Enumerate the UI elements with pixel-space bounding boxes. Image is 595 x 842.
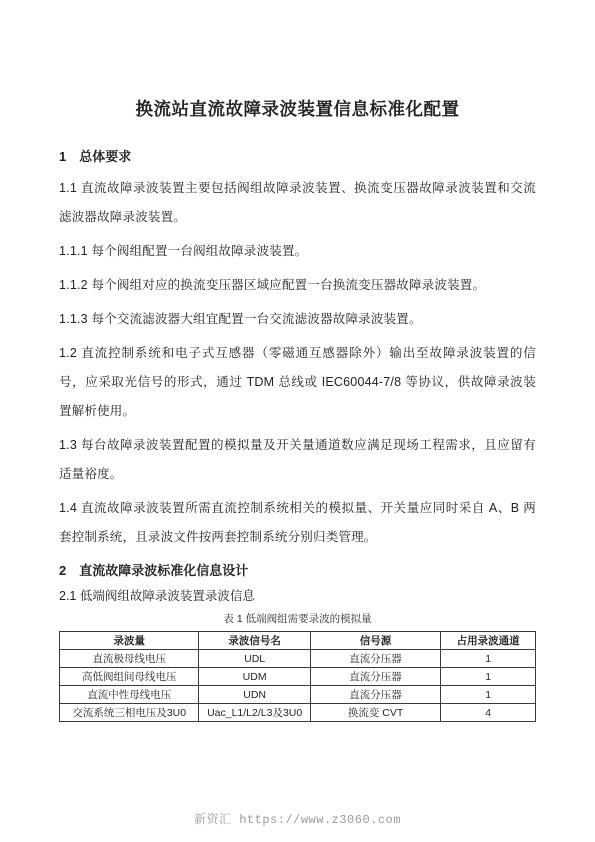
- cell-channels: 1: [441, 686, 536, 704]
- cell-signal-name: UDN: [199, 686, 310, 704]
- section-1-number: 1: [59, 148, 66, 166]
- cell-channels: 1: [441, 650, 536, 668]
- subsection-2-1-heading: 2.1 低端阀组故障录波装置录波信息: [59, 586, 536, 606]
- table-row: 直流中性母线电压 UDN 直流分压器 1: [60, 686, 536, 704]
- paragraph-1-1-2: 1.1.2 每个阀组对应的换流变压器区域应配置一台换流变压器故障录波装置。: [59, 271, 536, 300]
- section-2-label: 直流故障录波标准化信息设计: [79, 562, 248, 580]
- cell-signal-source: 直流分压器: [310, 668, 440, 686]
- table-1: 录波量 录波信号名 信号源 占用录波通道 直流极母线电压 UDL 直流分压器 1…: [59, 631, 536, 722]
- cell-quantity: 直流中性母线电压: [60, 686, 199, 704]
- cell-signal-name: UDM: [199, 668, 310, 686]
- cell-signal-source: 直流分压器: [310, 650, 440, 668]
- cell-quantity: 高低阀组间母线电压: [60, 668, 199, 686]
- footer-watermark: 新资汇 https://www.z3060.com: [0, 810, 595, 827]
- section-2-heading: 2直流故障录波标准化信息设计: [59, 562, 536, 580]
- paragraph-1-3: 1.3 每台故障录波装置配置的模拟量及开关量通道数应满足现场工程需求，且应留有适…: [59, 431, 536, 489]
- table-header-row: 录波量 录波信号名 信号源 占用录波通道: [60, 632, 536, 650]
- paragraph-1-1-1: 1.1.1 每个阀组配置一台阀组故障录波装置。: [59, 237, 536, 266]
- col-header-signal-name: 录波信号名: [199, 632, 310, 650]
- section-2-number: 2: [59, 562, 66, 580]
- paragraph-1-4: 1.4 直流故障录波装置所需直流控制系统相关的模拟量、开关量应同时采自 A、B …: [59, 494, 536, 552]
- cell-quantity: 直流极母线电压: [60, 650, 199, 668]
- cell-channels: 1: [441, 668, 536, 686]
- document-page: 换流站直流故障录波装置信息标准化配置 1总体要求 1.1 直流故障录波装置主要包…: [0, 0, 595, 842]
- document-title: 换流站直流故障录波装置信息标准化配置: [59, 97, 536, 121]
- paragraph-1-1-3: 1.1.3 每个交流滤波器大组宜配置一台交流滤波器故障录波装置。: [59, 305, 536, 334]
- cell-channels: 4: [441, 704, 536, 722]
- table-row: 交流系统三相电压及3U0 Uac_L1/L2/L3及3U0 换流变 CVT 4: [60, 704, 536, 722]
- col-header-recorded-quantity: 录波量: [60, 632, 199, 650]
- cell-quantity: 交流系统三相电压及3U0: [60, 704, 199, 722]
- table-row: 直流极母线电压 UDL 直流分压器 1: [60, 650, 536, 668]
- section-1-heading: 1总体要求: [59, 148, 536, 166]
- cell-signal-source: 换流变 CVT: [310, 704, 440, 722]
- cell-signal-name: UDL: [199, 650, 310, 668]
- table-row: 高低阀组间母线电压 UDM 直流分压器 1: [60, 668, 536, 686]
- paragraph-1-1: 1.1 直流故障录波装置主要包括阀组故障录波装置、换流变压器故障录波装置和交流滤…: [59, 174, 536, 232]
- cell-signal-name: Uac_L1/L2/L3及3U0: [199, 704, 310, 722]
- section-1-label: 总体要求: [79, 148, 131, 166]
- table-1-caption: 表 1 低端阀组需要录波的模拟量: [59, 612, 536, 626]
- paragraph-1-2: 1.2 直流控制系统和电子式互感器（零磁通互感器除外）输出至故障录波装置的信号，…: [59, 339, 536, 426]
- col-header-signal-source: 信号源: [310, 632, 440, 650]
- col-header-channels-used: 占用录波通道: [441, 632, 536, 650]
- cell-signal-source: 直流分压器: [310, 686, 440, 704]
